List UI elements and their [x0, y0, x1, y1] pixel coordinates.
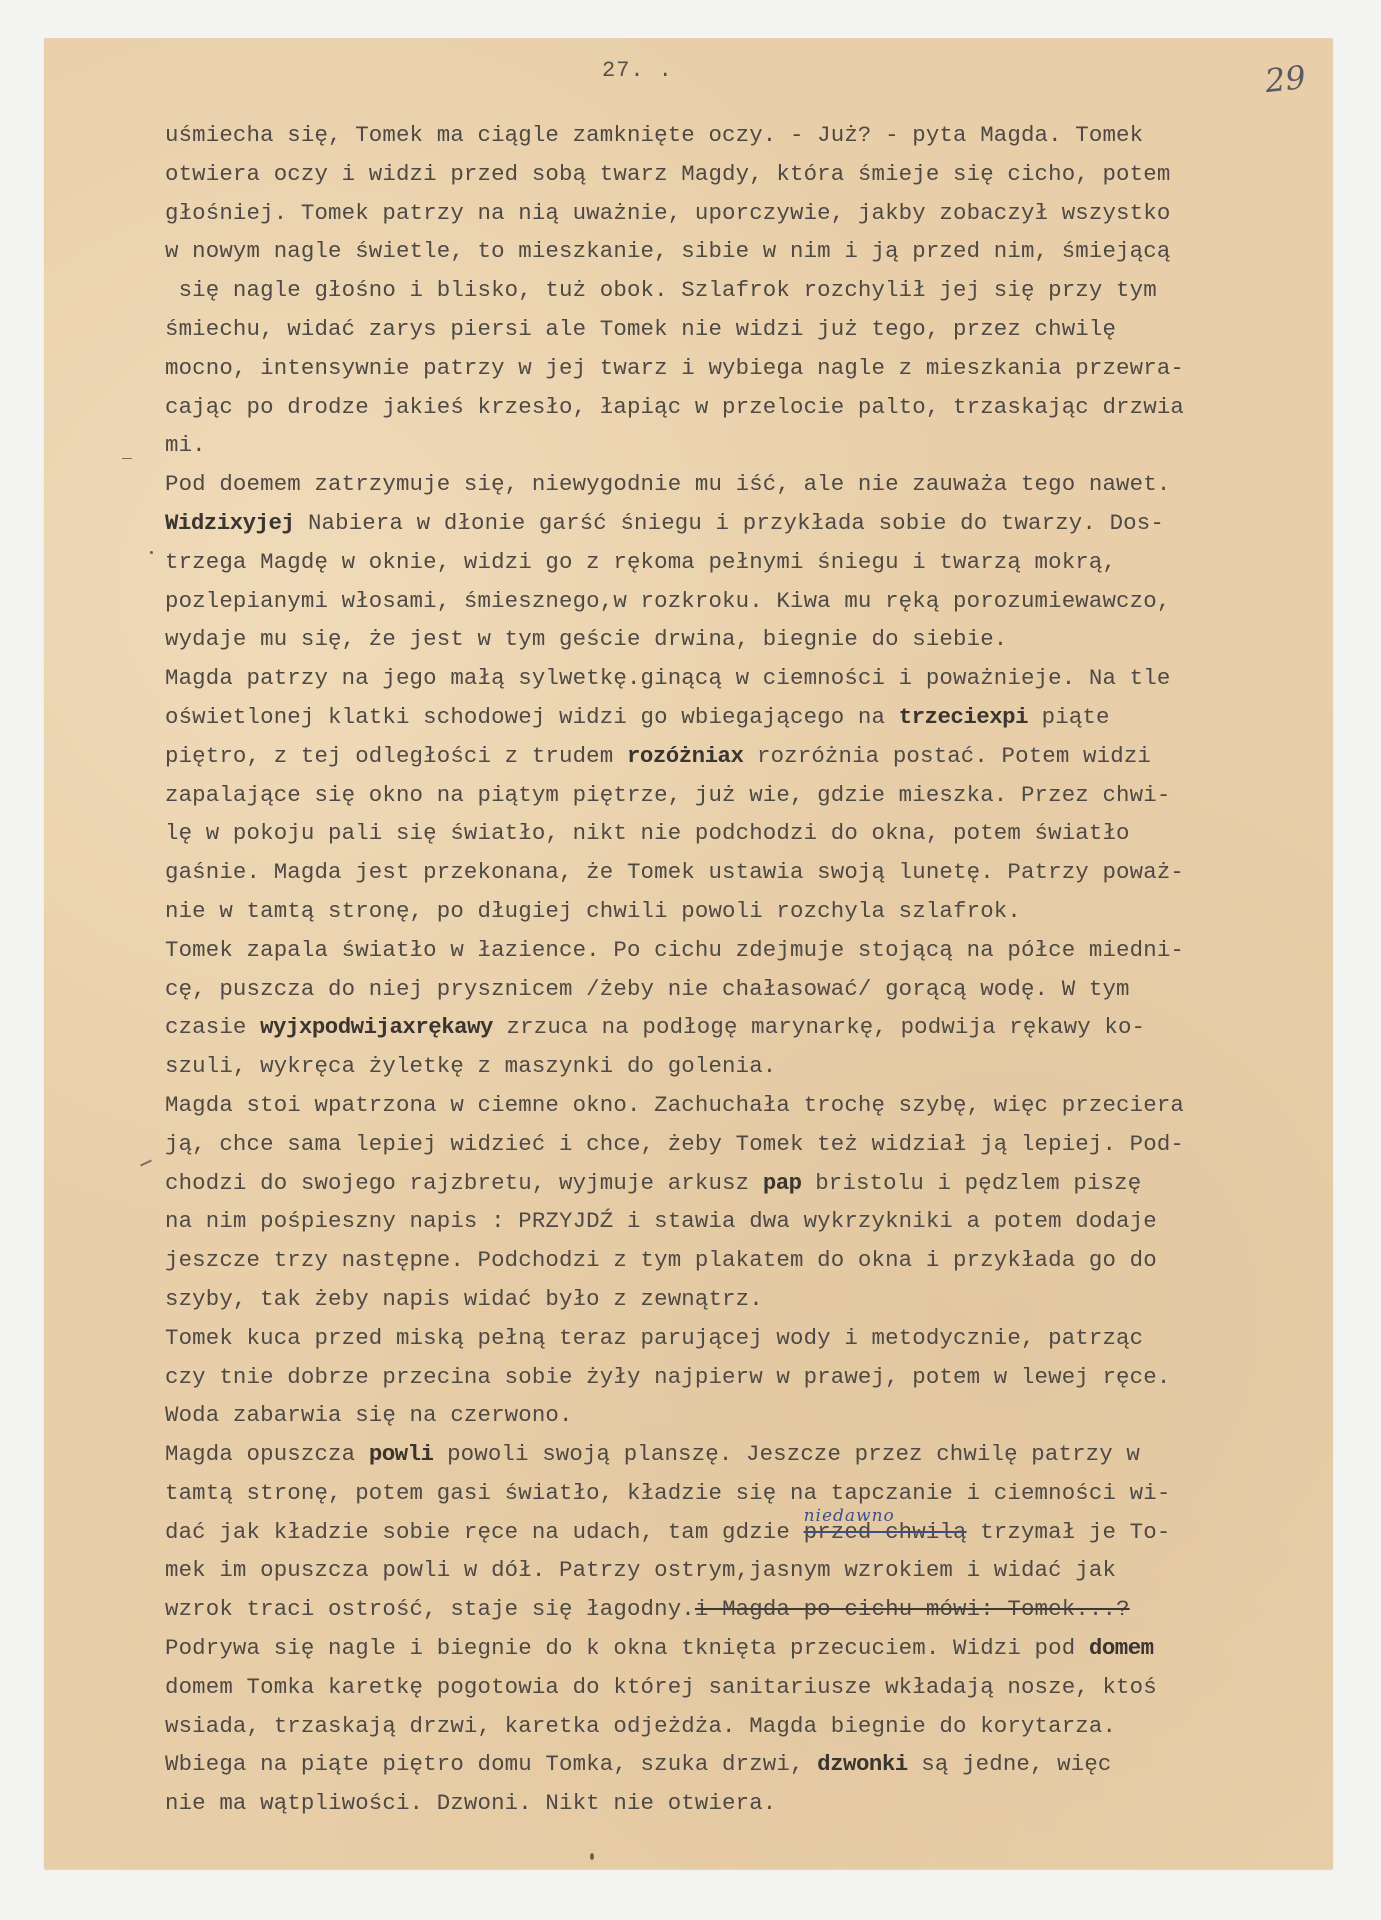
text-run: bristolu i pędzlem piszę [802, 1170, 1142, 1196]
typed-line: Pod doemem zatrzymuje się, niewygodnie m… [165, 465, 1335, 504]
typed-line: wydaje mu się, że jest w tym geście drwi… [165, 620, 1335, 659]
typed-line: tamtą stronę, potem gasi światło, kładzi… [165, 1474, 1335, 1513]
text-run: piąte [1028, 704, 1110, 730]
typed-line: czasie wyjxpodwijaxrękawy zrzuca na podł… [165, 1008, 1335, 1047]
text-run: oświetlonej klatki schodowej widzi go wb… [165, 704, 899, 730]
typed-line: gaśnie. Magda jest przekonana, że Tomek … [165, 853, 1335, 892]
handwritten-page-number: 29 [1263, 58, 1307, 100]
typed-line: Magda stoi wpatrzona w ciemne okno. Zach… [165, 1086, 1335, 1125]
typed-line: otwiera oczy i widzi przed sobą twarz Ma… [165, 155, 1335, 194]
crossed-out-typing: dzwonki [817, 1751, 908, 1777]
stray-dot: . [659, 58, 673, 83]
typed-line: wzrok traci ostrość, staje się łagodny.i… [165, 1590, 1335, 1629]
text-run: dać jak kładzie sobie ręce na udach, tam… [165, 1519, 804, 1545]
body-text: uśmiecha się, Tomek ma ciągle zamknięte … [165, 116, 1335, 1823]
typed-line: Magda opuszcza powli powoli swoją plansz… [165, 1435, 1335, 1474]
crossed-out-typing: Widzixyjej [165, 510, 294, 536]
typed-line: Magda patrzy na jego małą sylwetkę.ginąc… [165, 659, 1335, 698]
crossed-out-typing: rozóżniax [627, 743, 743, 769]
text-run: Magda opuszcza [165, 1441, 369, 1467]
typed-line: głośniej. Tomek patrzy na nią uważnie, u… [165, 194, 1335, 233]
typed-line: oświetlonej klatki schodowej widzi go wb… [165, 698, 1335, 737]
crossed-out-typing: powli [369, 1441, 434, 1467]
typed-page-number-text: 27. [602, 58, 645, 83]
typed-line: dać jak kładzie sobie ręce na udach, tam… [165, 1513, 1335, 1552]
typed-line: mi. [165, 426, 1335, 465]
typed-line: wsiada, trzaskają drzwi, karetka odjeżdż… [165, 1707, 1335, 1746]
text-run: powoli swoją planszę. Jeszcze przez chwi… [434, 1441, 1141, 1467]
text-run: wzrok traci ostrość, staje się łagodny. [165, 1596, 695, 1622]
typed-line: się nagle głośno i blisko, tuż obok. Szl… [165, 271, 1335, 310]
text-run: zrzuca na podłogę marynarkę, podwija ręk… [493, 1014, 1145, 1040]
typed-line: mocno, intensywnie patrzy w jej twarz i … [165, 349, 1335, 388]
typed-line: Wbiega na piąte piętro domu Tomka, szuka… [165, 1745, 1335, 1784]
typed-line: mek im opuszcza powli w dół. Patrzy ostr… [165, 1551, 1335, 1590]
typed-line: na nim pośpieszny napis : PRZYJDŹ i staw… [165, 1202, 1335, 1241]
typed-line: Widzixyjej Nabiera w dłonie garść śniegu… [165, 504, 1335, 543]
crossed-out-typing: pap [763, 1170, 802, 1196]
typed-line: pozlepianymi włosami, śmiesznego,w rozkr… [165, 582, 1335, 621]
typed-line: nie w tamtą stronę, po długiej chwili po… [165, 892, 1335, 931]
text-run: czasie [165, 1014, 260, 1040]
paper-speck [150, 551, 153, 554]
handwritten-insertion: niedawno [804, 1497, 895, 1536]
typed-line: czy tnie dobrze przecina sobie żyły najp… [165, 1358, 1335, 1397]
paper-speck [590, 1853, 594, 1860]
typed-line: Podrywa się nagle i biegnie do k okna tk… [165, 1629, 1335, 1668]
typed-line: chodzi do swojego rajzbretu, wyjmuje ark… [165, 1164, 1335, 1203]
crossed-out-typing: domem [1089, 1635, 1154, 1661]
typed-line: śmiechu, widać zarys piersi ale Tomek ni… [165, 310, 1335, 349]
text-run: Podrywa się nagle i biegnie do k okna tk… [165, 1635, 1089, 1661]
typed-line: lę w pokoju pali się światło, nikt nie p… [165, 814, 1335, 853]
typed-line: jeszcze trzy następne. Podchodzi z tym p… [165, 1241, 1335, 1280]
text-run: chodzi do swojego rajzbretu, wyjmuje ark… [165, 1170, 763, 1196]
typed-line: w nowym nagle świetle, to mieszkanie, si… [165, 232, 1335, 271]
text-run: rozróżnia postać. Potem widzi [743, 743, 1151, 769]
typed-line: cę, puszcza do niej prysznicem /żeby nie… [165, 970, 1335, 1009]
text-run: trzymał je To- [967, 1519, 1171, 1545]
text-run: piętro, z tej odległości z trudem [165, 743, 627, 769]
typed-line: domem Tomka karetkę pogotowia do której … [165, 1668, 1335, 1707]
typed-line: cając po drodze jakieś krzesło, łapiąc w… [165, 388, 1335, 427]
crossed-out-typing: trzeciexpi [899, 704, 1028, 730]
typed-line: ją, chce sama lepiej widzieć i chce, żeb… [165, 1125, 1335, 1164]
typed-line: zapalające się okno na piątym piętrze, j… [165, 776, 1335, 815]
typed-line: nie ma wątpliwości. Dzwoni. Nikt nie otw… [165, 1784, 1335, 1823]
text-run: Nabiera w dłonie garść śniegu i przykład… [294, 510, 1164, 536]
pen-struck-phrase: przed chwiląniedawno [804, 1519, 967, 1545]
typed-page-number: 27.. [602, 58, 673, 83]
text-run: Wbiega na piąte piętro domu Tomka, szuka… [165, 1751, 817, 1777]
margin-tick-mark [122, 458, 132, 459]
text-run: są jedne, więc [908, 1751, 1112, 1777]
typed-line: Woda zabarwia się na czerwono. [165, 1396, 1335, 1435]
typed-line: Tomek kuca przed miską pełną teraz paruj… [165, 1319, 1335, 1358]
typed-line: piętro, z tej odległości z trudem rozóżn… [165, 737, 1335, 776]
typed-line: uśmiecha się, Tomek ma ciągle zamknięte … [165, 116, 1335, 155]
typed-line: szuli, wykręca żyletkę z maszynki do gol… [165, 1047, 1335, 1086]
pen-struck-phrase: i Magda po cichu mówi: Tomek...? [695, 1596, 1130, 1622]
crossed-out-typing: wyjxpodwijaxrękawy [260, 1014, 493, 1040]
typed-line: Tomek zapala światło w łazience. Po cich… [165, 931, 1335, 970]
typed-line: trzega Magdę w oknie, widzi go z rękoma … [165, 543, 1335, 582]
typed-line: szyby, tak żeby napis widać było z zewną… [165, 1280, 1335, 1319]
